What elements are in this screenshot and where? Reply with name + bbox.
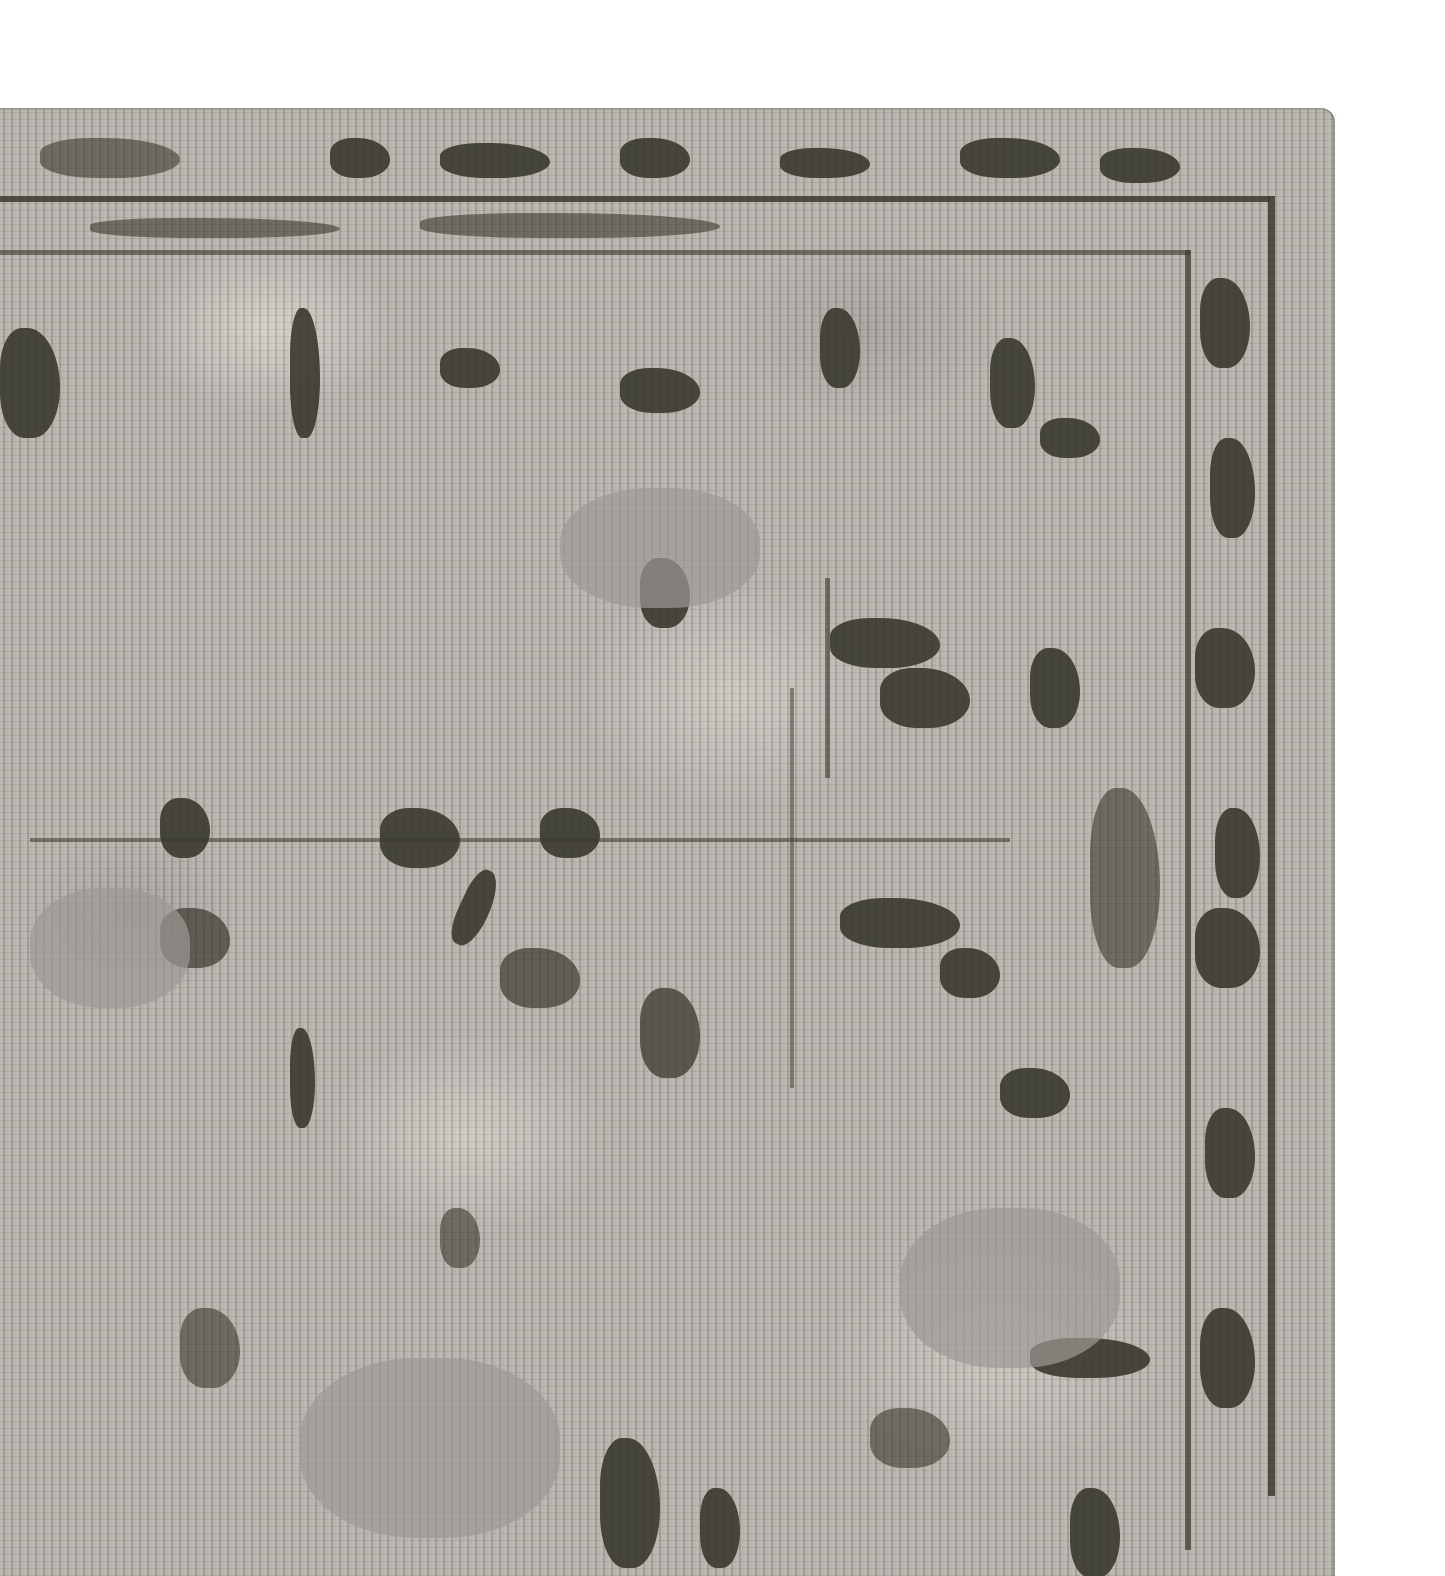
motif bbox=[1200, 1308, 1255, 1408]
motif bbox=[1210, 438, 1255, 538]
motif bbox=[540, 808, 600, 858]
motif bbox=[420, 213, 720, 238]
motif bbox=[1195, 628, 1255, 708]
motif bbox=[1040, 418, 1100, 458]
motif bbox=[1000, 1068, 1070, 1118]
motif bbox=[1090, 788, 1160, 968]
motif bbox=[1100, 148, 1180, 183]
mid-grey-patch bbox=[30, 888, 190, 1008]
motif bbox=[500, 948, 580, 1008]
motif bbox=[870, 1408, 950, 1468]
motif bbox=[440, 348, 500, 388]
motif bbox=[1200, 278, 1250, 368]
motif bbox=[445, 865, 506, 950]
motif bbox=[380, 808, 460, 868]
outer-border-line-top bbox=[0, 196, 1270, 202]
motif bbox=[940, 948, 1000, 998]
motif bbox=[440, 1208, 480, 1268]
motif bbox=[960, 138, 1060, 178]
motif bbox=[90, 218, 340, 238]
mid-grey-patch bbox=[300, 1358, 560, 1538]
motif bbox=[830, 618, 940, 668]
motif bbox=[700, 1488, 740, 1568]
motif bbox=[330, 138, 390, 178]
motif bbox=[160, 798, 210, 858]
motif bbox=[600, 1438, 660, 1568]
motif bbox=[990, 338, 1035, 428]
motif bbox=[620, 368, 700, 413]
inner-border-line-top bbox=[0, 250, 1190, 255]
motif bbox=[180, 1308, 240, 1388]
mid-grey-patch bbox=[900, 1208, 1120, 1368]
motif bbox=[440, 143, 550, 178]
motif bbox=[1205, 1108, 1255, 1198]
inner-border-line-right bbox=[1185, 250, 1191, 1550]
motif bbox=[290, 308, 320, 438]
motif bbox=[40, 138, 180, 178]
field-line-vertical bbox=[790, 688, 794, 1088]
motif bbox=[1195, 908, 1260, 988]
rug bbox=[0, 108, 1335, 1576]
motif bbox=[0, 328, 60, 438]
mid-grey-patch bbox=[560, 488, 760, 608]
motif bbox=[820, 308, 860, 388]
motif bbox=[1215, 808, 1260, 898]
motif bbox=[880, 668, 970, 728]
motif bbox=[640, 988, 700, 1078]
field-line-vertical-2 bbox=[825, 578, 830, 778]
motif bbox=[620, 138, 690, 178]
motif bbox=[290, 1028, 315, 1128]
motif bbox=[780, 148, 870, 178]
outer-border-line-right bbox=[1268, 196, 1275, 1496]
motif bbox=[1070, 1488, 1120, 1576]
motif bbox=[1030, 648, 1080, 728]
motif bbox=[840, 898, 960, 948]
